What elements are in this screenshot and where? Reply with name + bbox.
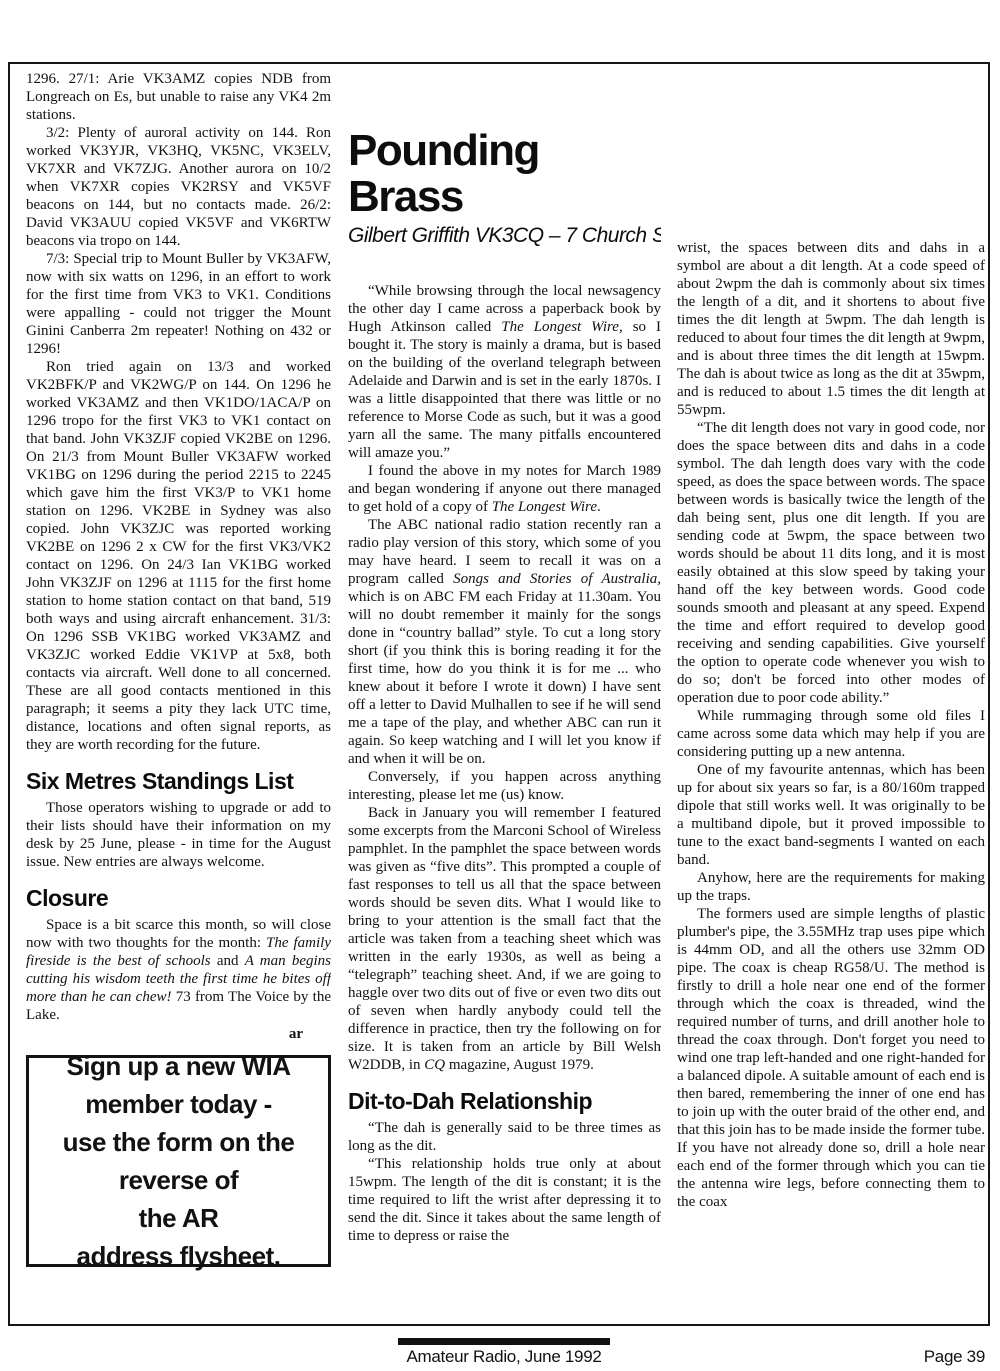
closure-text: and <box>211 953 245 969</box>
book-title-italic: The Longest Wire <box>492 499 597 515</box>
paragraph-abc-radio-play: The ABC national radio station recently … <box>348 516 661 768</box>
text-run: magazine, August 1979. <box>445 1057 594 1073</box>
footer-divider-bar <box>398 1338 610 1345</box>
article-byline: Gilbert Griffith VK3CQ – 7 Church St Bri… <box>348 224 661 248</box>
heading-six-metres-standings-list: Six Metres Standings List <box>26 768 331 794</box>
left-column: 1296. 27/1: Arie VK3AMZ copies NDB from … <box>26 70 331 1322</box>
ad-line: address flysheet. <box>77 1237 281 1275</box>
paragraph-closure: Space is a bit scarce this month, so wil… <box>26 916 331 1024</box>
right-column: wrist, the spaces between dits and dahs … <box>677 239 985 1319</box>
heading-closure: Closure <box>26 885 331 911</box>
text-run: so I bought it. The story is mainly a dr… <box>348 319 661 461</box>
book-title-italic: The Longest Wire, <box>501 319 622 335</box>
middle-column: Pounding Brass Gilbert Griffith VK3CQ – … <box>348 128 661 1320</box>
paragraph-standings: Those operators wishing to upgrade or ad… <box>26 799 331 871</box>
ad-line: Sign up a new WIA <box>66 1047 290 1085</box>
paragraph-band-reports-4: Ron tried again on 13/3 and worked VK2BF… <box>26 358 331 754</box>
paragraph-band-reports-1: 1296. 27/1: Arie VK3AMZ copies NDB from … <box>26 70 331 124</box>
paragraph-trap-construction: The formers used are simple lengths of p… <box>677 905 985 1211</box>
ad-line: the AR <box>139 1199 219 1237</box>
magazine-title-italic: CQ <box>424 1057 445 1073</box>
article-title: Pounding Brass <box>348 128 661 220</box>
paragraph-favourite-antennas: One of my favourite antennas, which has … <box>677 761 985 869</box>
paragraph-old-files: While rummaging through some old files I… <box>677 707 985 761</box>
text-run: which is on ABC FM each Friday at 11.30a… <box>348 589 661 767</box>
ad-line: use the form on the <box>63 1123 295 1161</box>
middle-column-body: “While browsing through the local newsag… <box>348 282 661 1245</box>
heading-dit-to-dah-relationship: Dit-to-Dah Relationship <box>348 1088 661 1114</box>
column-signoff-ar: ar <box>26 1026 303 1043</box>
text-run: Back in January you will remember I feat… <box>348 805 661 1073</box>
footer-journal-title: Amateur Radio, June 1992 <box>388 1347 620 1367</box>
paragraph-marconi-school: Back in January you will remember I feat… <box>348 804 661 1074</box>
text-run: . <box>597 499 601 515</box>
paragraph-relationship-15wpm: “This relationship holds true only at ab… <box>348 1155 661 1245</box>
paragraph-band-reports-3: 7/3: Special trip to Mount Buller by VK3… <box>26 250 331 358</box>
paragraph-conversely: Conversely, if you happen across anythin… <box>348 768 661 804</box>
paragraph-anyhow-traps: Anyhow, here are the requirements for ma… <box>677 869 985 905</box>
paragraph-band-reports-2: 3/2: Plenty of auroral activity on 144. … <box>26 124 331 250</box>
footer-page-number: Page 39 <box>880 1347 985 1367</box>
wia-membership-ad-box: Sign up a new WIA member today - use the… <box>26 1055 331 1267</box>
paragraph-dit-length-constant: “The dit length does not vary in good co… <box>677 419 985 707</box>
paragraph-dit-dah-spacing: wrist, the spaces between dits and dahs … <box>677 239 985 419</box>
paragraph-notes-1989: I found the above in my notes for March … <box>348 462 661 516</box>
ad-line: member today - <box>85 1085 272 1123</box>
ad-line: reverse of <box>119 1161 238 1199</box>
program-title-italic: Songs and Stories of Australia, <box>453 571 661 587</box>
paragraph-longest-wire-intro: “While browsing through the local newsag… <box>348 282 661 462</box>
paragraph-dah-three-times: “The dah is generally said to be three t… <box>348 1119 661 1155</box>
